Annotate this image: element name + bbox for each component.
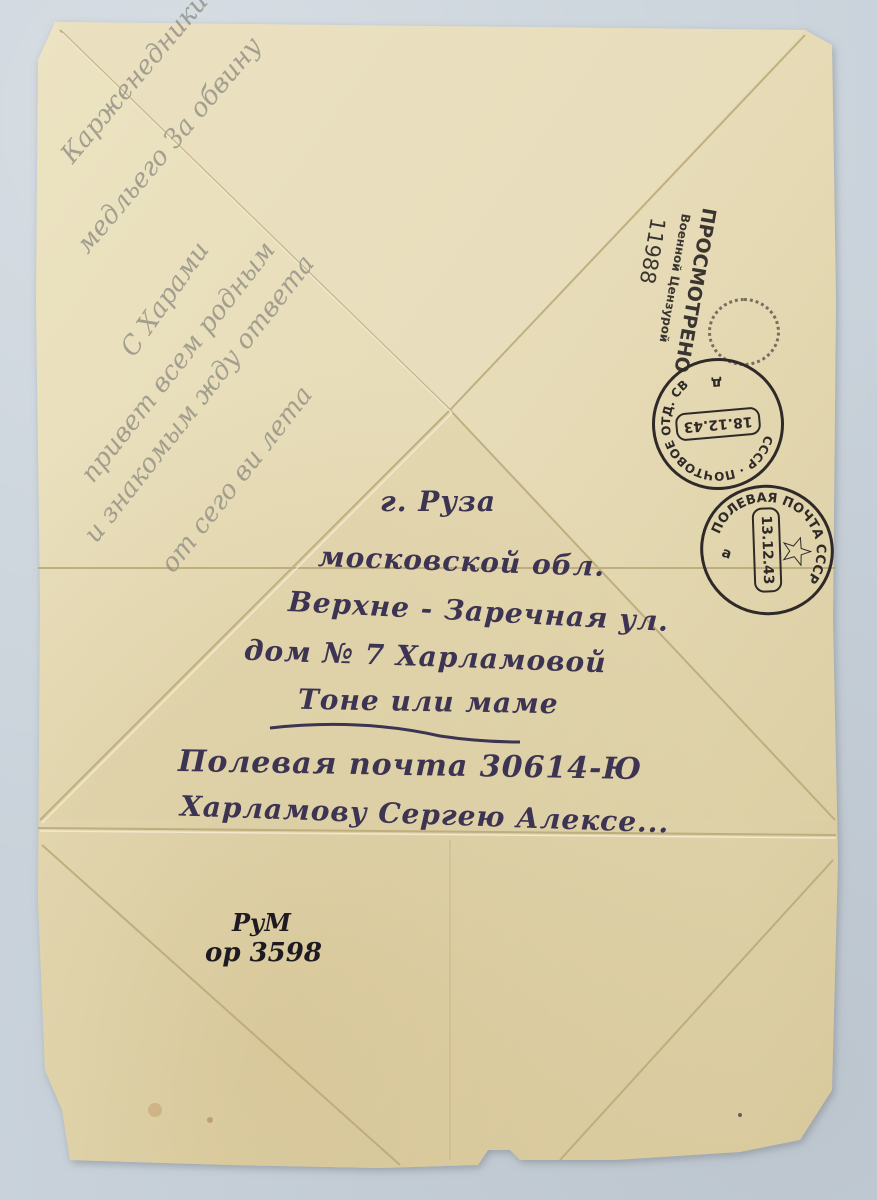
archive-mark-line: РуМ [232,908,291,937]
postmark-ring: СССР · ПОЧТОВОЕ ОТД. СВ [650,356,787,493]
address-line-city: г. Руза [380,485,496,518]
censor-stamp-number: 11988 [635,216,670,286]
letter-photo: Карженедники медльего За обвину С Харами… [0,0,877,1200]
archive-mark-number: ор 3598 [205,938,322,968]
postmark-transit: 18.12.43 д СССР · ПОЧТОВОЕ ОТД. СВ [646,352,789,495]
star-icon [779,533,814,566]
address-line-recipient: Тоне или маме [298,683,559,721]
svg-text:СССР · ПОЧТОВОЕ ОТД. СВ: СССР · ПОЧТОВОЕ ОТД. СВ [655,370,779,488]
